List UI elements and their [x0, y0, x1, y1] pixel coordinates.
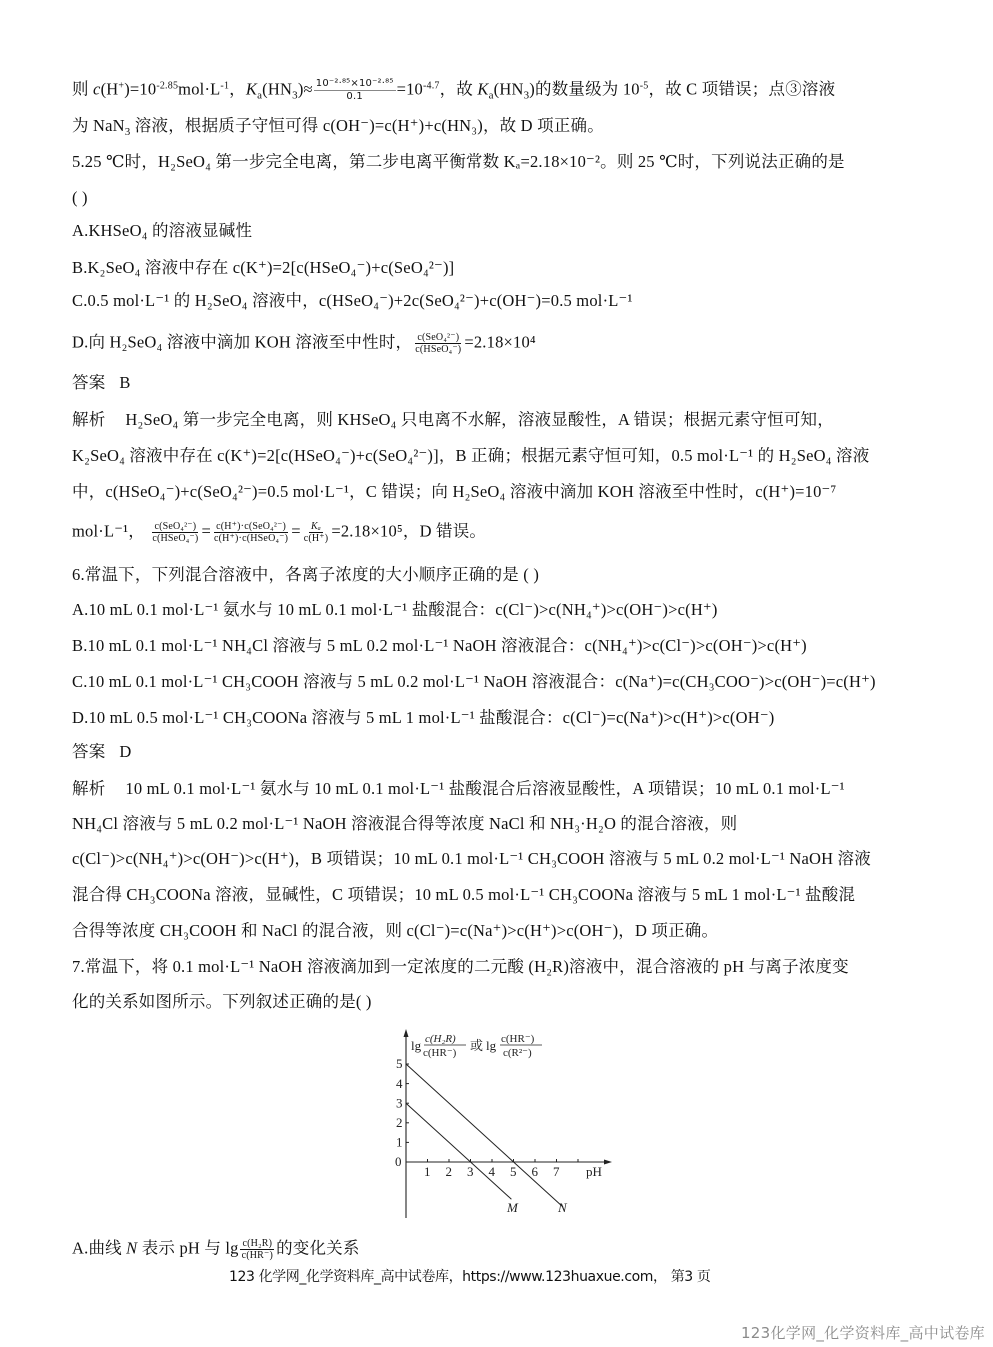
analysis-fraction-3: Kₐc(H⁺) — [302, 521, 331, 544]
q6-stem: 6.常温下，下列混合溶液中，各离子浓度的大小顺序正确的是 ( ) — [72, 565, 539, 585]
fraction-numerator: c(H⁺)·c(SeO₄²⁻) — [214, 521, 288, 533]
text: c(OH⁻)=c(H⁺)+c(HN₃)，故 D 项正确。 — [323, 116, 604, 135]
site-watermark: 123化学网_化学资料库_高中试卷库 — [741, 1322, 985, 1343]
fraction-denominator: c(H⁺) — [302, 533, 331, 544]
svg-text:5: 5 — [510, 1164, 517, 1179]
svg-text:lg: lg — [411, 1038, 422, 1053]
q5-option-c: C.0.5 mol·L⁻¹ 的 H₂SeO₄ 溶液中，c(HSeO₄⁻)+2c(… — [72, 291, 633, 311]
svg-text:1: 1 — [424, 1164, 431, 1179]
q5-analysis-line-1: 解析H₂SeO₄ 第一步完全电离，则 KHSeO₄ 只电离不水解，溶液显酸性，A… — [72, 410, 834, 430]
fraction-denominator: c(H⁺)·c(HSeO₄⁻) — [212, 533, 290, 544]
text: =2.18×10⁵，D 错误。 — [331, 521, 486, 540]
prev-solution-line-2: 为 NaN3 溶液，根据质子守恒可得 c(OH⁻)=c(H⁺)+c(HN₃)，故… — [72, 116, 604, 136]
text: =2.18×10⁴ — [464, 332, 536, 351]
analysis-label: 解析 — [72, 779, 105, 798]
q7-option-a: A.曲线 N 表示 pH 与 lgc(H₂R)c(HR⁻)的变化关系 — [72, 1238, 360, 1261]
y-tick-labels: 0 1 2 3 4 5 — [395, 1056, 403, 1169]
text: )的数量级为 10 — [529, 79, 639, 98]
answer-value: D — [119, 742, 131, 761]
q6-option-a: A.10 mL 0.1 mol·L⁻¹ 氨水与 10 mL 0.1 mol·L⁻… — [72, 600, 718, 620]
text: ，故 — [440, 79, 478, 98]
svg-text:1: 1 — [396, 1135, 403, 1150]
fraction-numerator: c(SeO₄²⁻) — [415, 332, 461, 344]
svg-text:c(HR⁻): c(HR⁻) — [501, 1033, 535, 1045]
q6-analysis-line-2: NH₄Cl 溶液与 5 mL 0.2 mol·L⁻¹ NaOH 溶液混合得等浓度… — [72, 814, 737, 834]
text: c — [93, 79, 101, 98]
text: D.向 H₂SeO₄ 溶液中滴加 KOH 溶液至中性时， — [72, 332, 412, 351]
ph-log-ratio-chart: 1 2 3 4 5 6 7 pH 0 1 2 3 4 5 lg c(H₂R) c… — [380, 1026, 620, 1226]
text: -2.85 — [156, 80, 178, 91]
y-axis-label: lg c(H₂R) c(HR⁻) 或 lg c(HR⁻) c(R²⁻) — [411, 1033, 542, 1059]
svg-text:0: 0 — [395, 1154, 402, 1169]
text: N — [126, 1238, 137, 1257]
chart-svg: 1 2 3 4 5 6 7 pH 0 1 2 3 4 5 lg c(H₂R) c… — [380, 1026, 620, 1226]
text: K — [246, 79, 257, 98]
svg-text:4: 4 — [489, 1164, 496, 1179]
text: (HN — [494, 79, 524, 98]
text: ，故 C 项错误；点③溶液 — [648, 79, 835, 98]
fraction-denominator: c(HR⁻) — [240, 1250, 275, 1261]
q5-answer: 答案B — [72, 373, 131, 393]
text: A.曲线 — [72, 1238, 126, 1257]
q5-stem-line-1: 5.25 ℃时，H₂SeO₄ 第一步完全电离，第二步电离平衡常数 Kₐ=2.18… — [72, 152, 845, 172]
fraction-denominator: 0.1 — [344, 91, 365, 103]
q6-analysis-line-5: 合得等浓度 CH₃COOH 和 NaCl 的混合液，则 c(Cl⁻)=c(Na⁺… — [72, 921, 718, 941]
q6-analysis-line-3: c(Cl⁻)>c(NH₄⁺)>c(OH⁻)>c(H⁺)，B 项错误；10 mL … — [72, 849, 871, 869]
text: 则 — [72, 79, 93, 98]
svg-text:2: 2 — [396, 1115, 403, 1130]
svg-text:lg: lg — [486, 1038, 497, 1053]
svg-text:c(R²⁻): c(R²⁻) — [503, 1047, 532, 1059]
text: ， — [229, 79, 246, 98]
x-tick-labels: 1 2 3 4 5 6 7 — [424, 1164, 560, 1179]
q6-option-b: B.10 mL 0.1 mol·L⁻¹ NH₄Cl 溶液与 5 mL 0.2 m… — [72, 636, 807, 656]
text: 的变化关系 — [276, 1238, 360, 1257]
q5-option-d: D.向 H₂SeO₄ 溶液中滴加 KOH 溶液至中性时，c(SeO₄²⁻)c(H… — [72, 332, 536, 355]
text: 10 mL 0.1 mol·L⁻¹ 氨水与 10 mL 0.1 mol·L⁻¹ … — [125, 779, 844, 798]
text: (HN — [262, 79, 292, 98]
option-a-fraction: c(H₂R)c(HR⁻) — [240, 1238, 275, 1261]
prev-solution-line-1: 则 c(H+)=10-2.85mol·L-1，Ka(HN3)≈10⁻²·⁸⁵×1… — [72, 78, 835, 103]
text: 溶液，根据质子守恒可得 — [130, 116, 322, 135]
text: )≈ — [298, 79, 313, 98]
y-axis-arrow-icon — [404, 1029, 409, 1037]
ka-fraction: 10⁻²·⁸⁵×10⁻²·⁸⁵0.1 — [314, 78, 396, 103]
text: H₂SeO₄ 第一步完全电离，则 KHSeO₄ 只电离不水解，溶液显酸性，A 错… — [125, 410, 834, 429]
q5-stem-line-2: ( ) — [72, 188, 88, 208]
q6-option-d: D.10 mL 0.5 mol·L⁻¹ CH₃COONa 溶液与 5 mL 1 … — [72, 708, 774, 728]
q6-analysis-line-1: 解析10 mL 0.1 mol·L⁻¹ 氨水与 10 mL 0.1 mol·L⁻… — [72, 779, 845, 799]
fraction-numerator: 10⁻²·⁸⁵×10⁻²·⁸⁵ — [314, 78, 396, 91]
q6-analysis-line-4: 混合得 CH₃COONa 溶液，显碱性，C 项错误；10 mL 0.5 mol·… — [72, 885, 855, 905]
text: -4.7 — [423, 80, 440, 91]
answer-label: 答案 — [72, 742, 105, 761]
fraction-numerator: c(H₂R) — [240, 1238, 274, 1250]
svg-text:6: 6 — [532, 1164, 539, 1179]
svg-text:3: 3 — [396, 1096, 403, 1111]
curve-n-label: N — [557, 1200, 568, 1215]
q5-option-a: A.KHSeO₄ 的溶液显碱性 — [72, 221, 252, 241]
x-axis-arrow-icon — [604, 1160, 612, 1165]
svg-text:c(H₂R): c(H₂R) — [425, 1033, 456, 1045]
fraction-numerator: Kₐ — [309, 521, 323, 533]
curve-m — [406, 1103, 511, 1199]
text: (H — [101, 79, 119, 98]
q7-stem-line-2: 化的关系如图所示。下列叙述正确的是( ) — [72, 992, 372, 1012]
option-d-fraction: c(SeO₄²⁻)c(HSeO₄⁻) — [413, 332, 463, 355]
fraction-denominator: c(HSeO₄⁻) — [150, 533, 200, 544]
svg-text:7: 7 — [553, 1164, 560, 1179]
q6-answer: 答案D — [72, 742, 132, 762]
svg-text:4: 4 — [396, 1076, 403, 1091]
svg-text:或: 或 — [470, 1038, 483, 1053]
q6-option-c: C.10 mL 0.1 mol·L⁻¹ CH₃COOH 溶液与 5 mL 0.2… — [72, 672, 876, 692]
text: =10 — [397, 79, 423, 98]
curve-n — [406, 1064, 563, 1207]
answer-label: 答案 — [72, 373, 105, 392]
q5-analysis-line-4: mol·L⁻¹， c(SeO₄²⁻)c(HSeO₄⁻)=c(H⁺)·c(SeO₄… — [72, 521, 486, 544]
text: K — [477, 79, 488, 98]
text: 为 NaN — [72, 116, 125, 135]
answer-value: B — [119, 373, 130, 392]
q7-stem-line-1: 7.常温下，将 0.1 mol·L⁻¹ NaOH 溶液滴加到一定浓度的二元酸 (… — [72, 957, 849, 977]
text: -1 — [220, 80, 229, 91]
fraction-denominator: c(HSeO₄⁻) — [413, 344, 463, 355]
q5-option-b: B.K₂SeO₄ 溶液中存在 c(K⁺)=2[c(HSeO₄⁻)+c(SeO₄²… — [72, 258, 454, 278]
q5-analysis-line-3: 中，c(HSeO₄⁻)+c(SeO₄²⁻)=0.5 mol·L⁻¹，C 错误；向… — [72, 482, 836, 502]
svg-text:c(HR⁻): c(HR⁻) — [423, 1047, 457, 1059]
page-footer: 123 化学网_化学资料库_高中试卷库，https://www.123huaxu… — [229, 1266, 710, 1286]
text: 表示 pH 与 lg — [137, 1238, 238, 1257]
svg-text:3: 3 — [467, 1164, 474, 1179]
analysis-fraction-2: c(H⁺)·c(SeO₄²⁻)c(H⁺)·c(HSeO₄⁻) — [212, 521, 290, 544]
svg-text:5: 5 — [396, 1056, 403, 1071]
text: mol·L⁻¹， — [72, 521, 145, 540]
svg-text:2: 2 — [446, 1164, 453, 1179]
x-axis-label: pH — [586, 1164, 602, 1179]
q5-analysis-line-2: K₂SeO₄ 溶液中存在 c(K⁺)=2[c(HSeO₄⁻)+c(SeO₄²⁻)… — [72, 446, 869, 466]
curve-m-label: M — [506, 1200, 519, 1215]
analysis-label: 解析 — [72, 410, 105, 429]
fraction-numerator: c(SeO₄²⁻) — [152, 521, 198, 533]
analysis-fraction-1: c(SeO₄²⁻)c(HSeO₄⁻) — [150, 521, 200, 544]
text: )=10 — [124, 79, 156, 98]
text: mol·L — [178, 79, 220, 98]
